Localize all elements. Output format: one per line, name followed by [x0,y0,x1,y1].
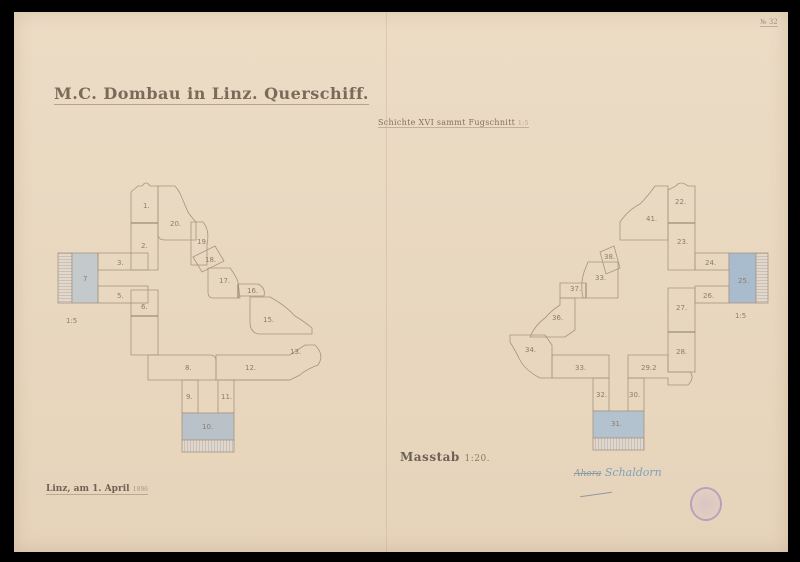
svg-text:30.: 30. [629,391,640,399]
svg-text:34.: 34. [525,346,536,354]
svg-text:27.: 27. [676,304,687,312]
svg-text:9.: 9. [186,393,193,401]
scale-word: Masstab [400,450,460,464]
floor-plan-drawing: 1. 2. 3. 5. 7 6. 20. 19. 18. 17. 16. 15.… [0,0,800,562]
left-plan [58,183,321,452]
svg-text:3.: 3. [117,259,124,267]
place-year: 1896 [133,486,148,493]
svg-text:36.: 36. [552,314,563,322]
svg-text:32.: 32. [596,391,607,399]
svg-text:15.: 15. [263,316,274,324]
piece-7-hatch [58,253,72,303]
svg-text:2.: 2. [141,242,148,250]
svg-text:38.: 38. [604,253,615,261]
svg-text:33.: 33. [575,364,586,372]
svg-text:29.2: 29.2 [641,364,657,372]
svg-text:28.: 28. [676,348,687,356]
svg-text:26.: 26. [703,292,714,300]
signature: Ahora Schaldorn [574,466,662,479]
svg-text:13.: 13. [290,348,301,356]
svg-text:8.: 8. [185,364,192,372]
svg-text:16.: 16. [247,287,258,295]
svg-text:7: 7 [83,275,87,283]
svg-text:6.: 6. [141,303,148,311]
svg-text:23.: 23. [677,238,688,246]
scale-label: Masstab 1:20. [400,450,490,464]
archive-stamp-icon [690,487,722,521]
svg-text:1:5: 1:5 [735,312,746,320]
place-date: Linz, am 1. April 1896 [46,484,148,495]
right-plan [510,183,768,450]
svg-text:12.: 12. [245,364,256,372]
svg-text:41.: 41. [646,215,657,223]
svg-text:22.: 22. [675,198,686,206]
svg-text:31.: 31. [611,420,622,428]
piece-labels: 1. 2. 3. 5. 7 6. 20. 19. 18. 17. 16. 15.… [66,198,749,431]
svg-text:25.: 25. [738,277,749,285]
svg-text:1.: 1. [143,202,150,210]
place-date-text: Linz, am 1. April [46,484,130,494]
svg-text:10.: 10. [202,423,213,431]
svg-text:17.: 17. [219,277,230,285]
svg-text:19.: 19. [197,238,208,246]
svg-text:24.: 24. [705,259,716,267]
signature-text: Schaldorn [605,466,662,479]
svg-text:33.: 33. [595,274,606,282]
svg-text:5.: 5. [117,292,124,300]
scale-ratio: 1:20. [464,454,490,464]
svg-text:37.: 37. [570,285,581,293]
svg-text:18.: 18. [205,256,216,264]
svg-text:1:5: 1:5 [66,317,77,325]
svg-text:20.: 20. [170,220,181,228]
svg-text:11.: 11. [221,393,232,401]
struck-signature: Ahora [574,469,601,479]
